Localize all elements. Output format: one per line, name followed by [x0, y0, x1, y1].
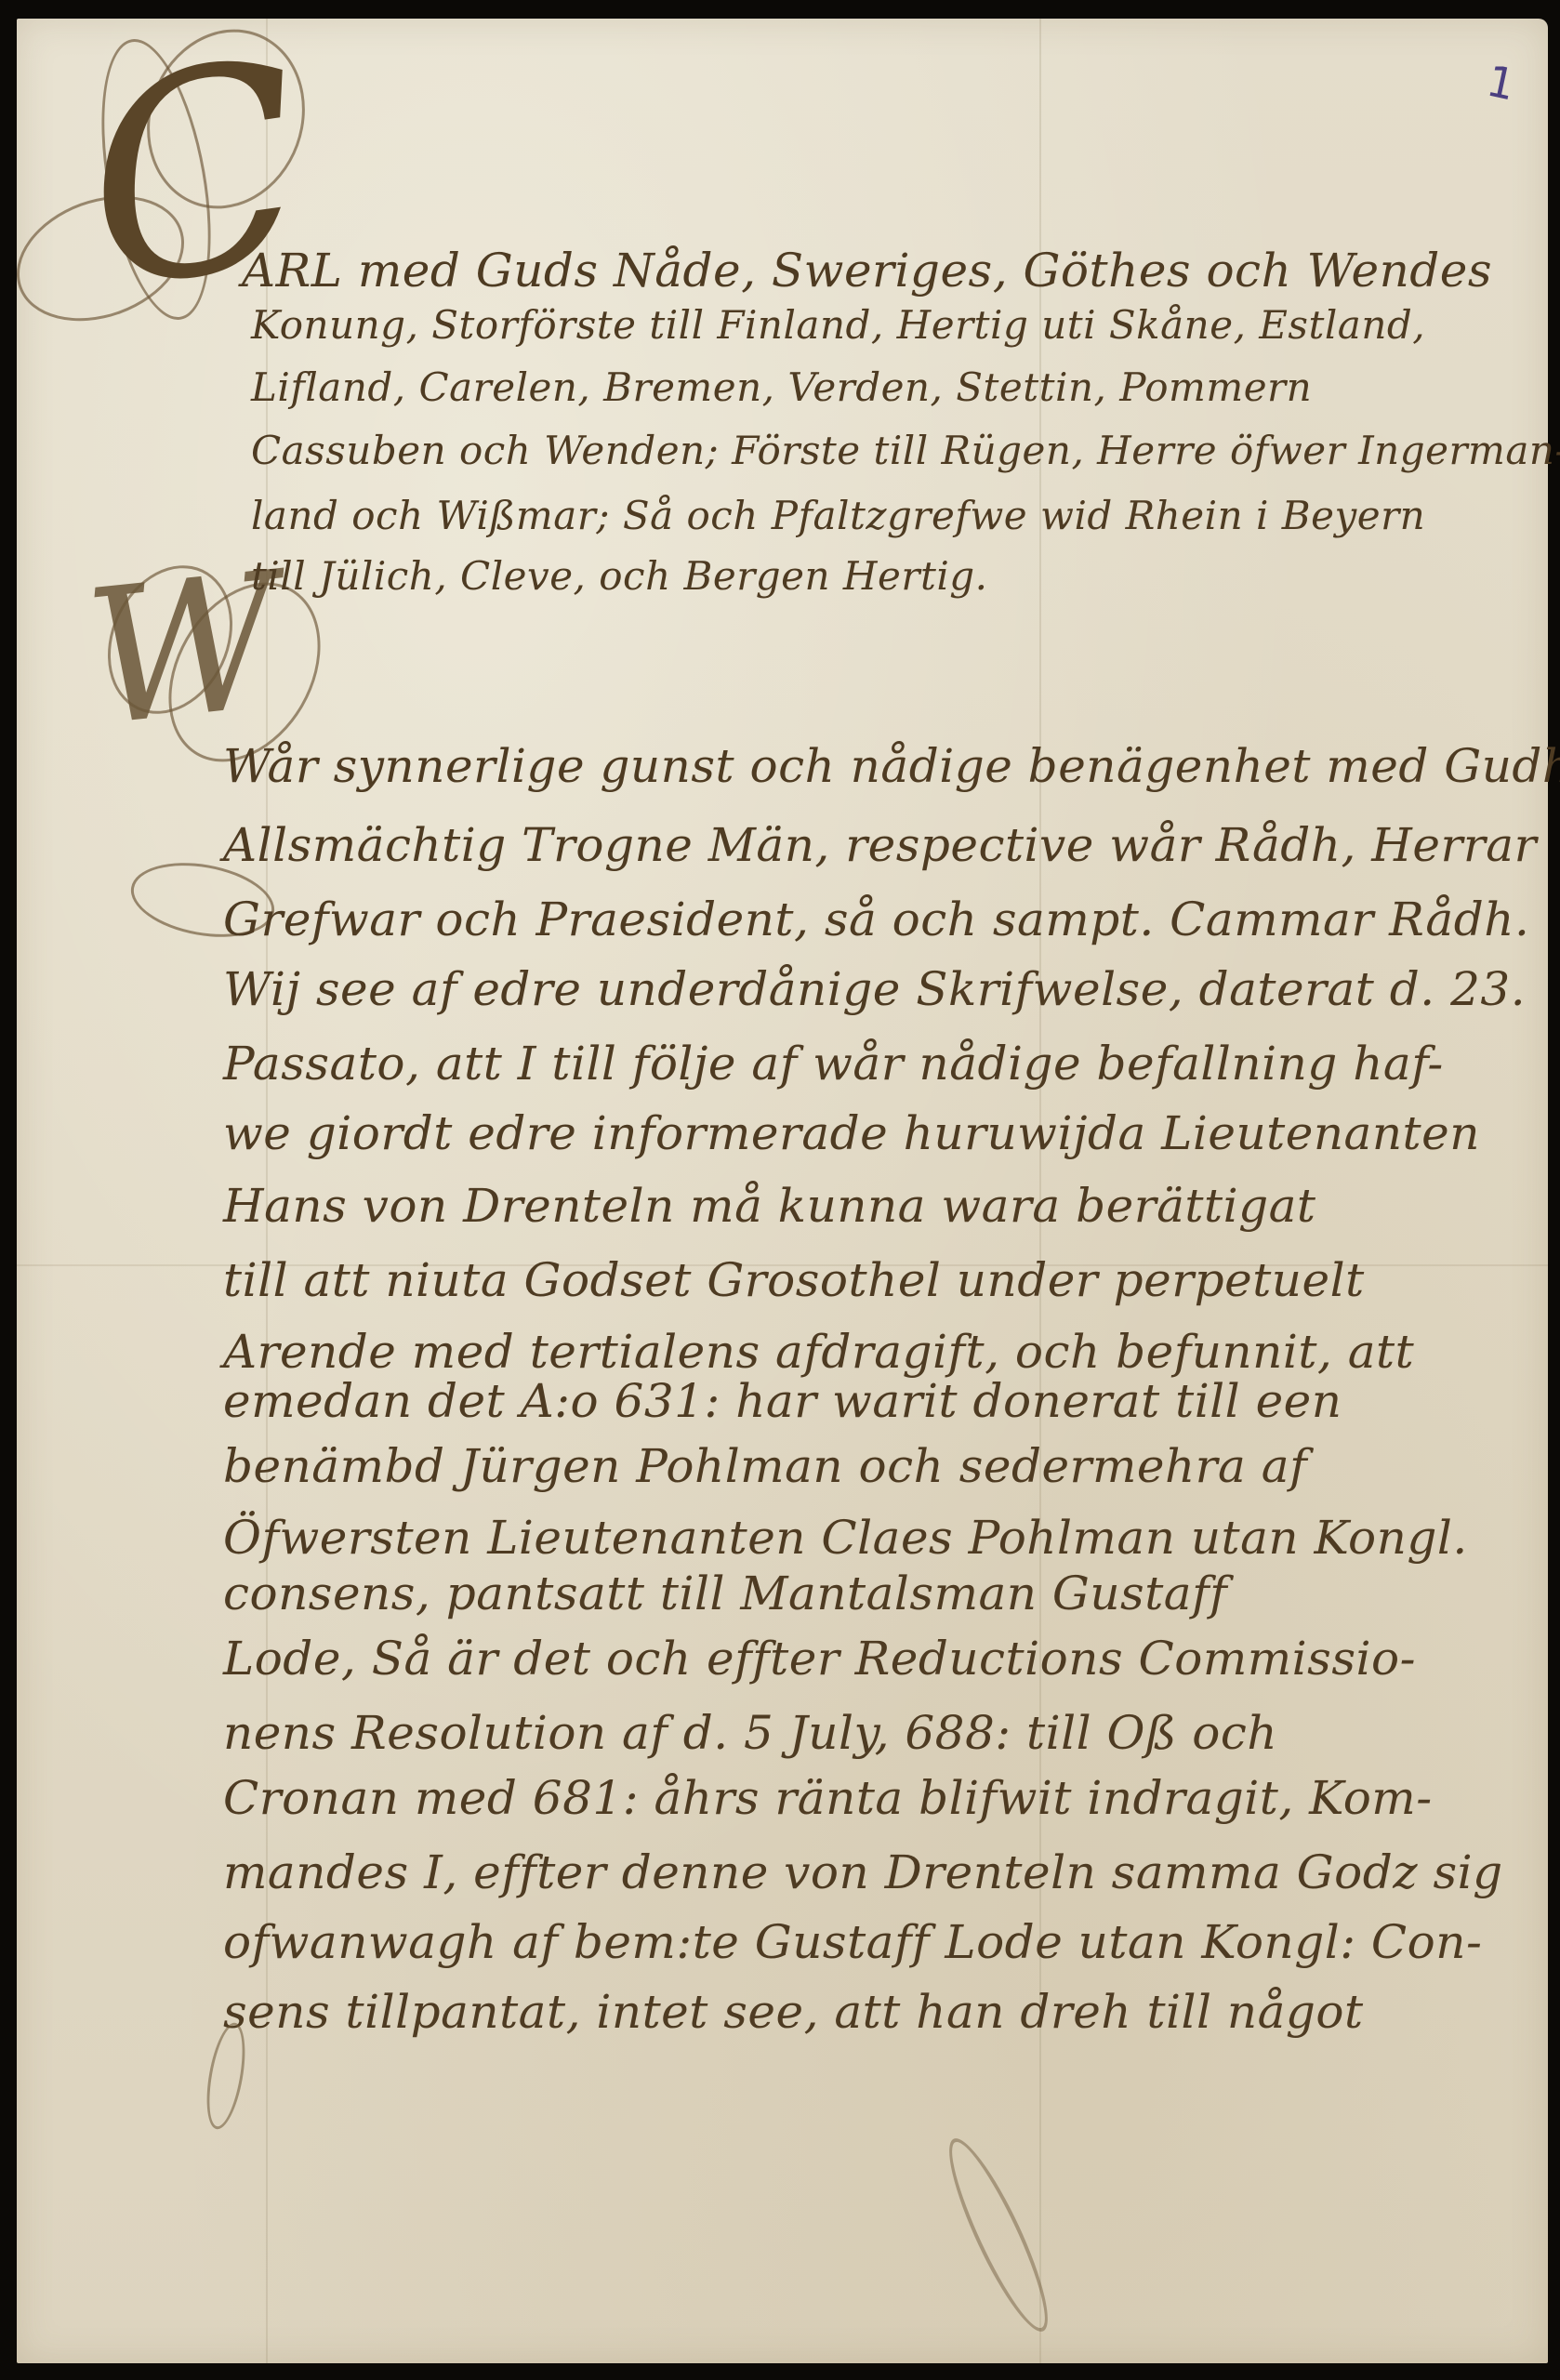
- title-line: Lifland, Carelen, Bremen, Verden, Stetti…: [251, 364, 1312, 410]
- title-line: land och Wißmar; Så och Pfaltzgrefwe wid…: [251, 493, 1425, 538]
- body-line: Wår synnerlige gunst och nådige benägenh…: [223, 739, 1560, 793]
- body-line: ofwanwagh af bem:te Gustaff Lode utan Ko…: [223, 1915, 1482, 1969]
- body-line: benämbd Jürgen Pohlman och sedermehra af: [223, 1439, 1307, 1493]
- body-line: Öfwersten Lieutenanten Claes Pohlman uta…: [223, 1511, 1468, 1565]
- body-line: mandes I, effter denne von Drenteln samm…: [223, 1845, 1503, 1899]
- body-line: Allsmächtig Trogne Män, respective wår R…: [223, 818, 1537, 872]
- body-line: Cronan med 681: åhrs ränta blifwit indra…: [223, 1771, 1433, 1825]
- body-line: emedan det A:o 631: har warit donerat ti…: [223, 1374, 1342, 1428]
- body-line: Grefwar och Praesident, så och sampt. Ca…: [223, 892, 1529, 946]
- body-line: Passato, att I till följe af wår nådige …: [223, 1037, 1444, 1091]
- title-line: till Jülich, Cleve, och Bergen Hertig.: [251, 553, 988, 599]
- body-line: till att niuta Godset Grosothel under pe…: [223, 1253, 1365, 1307]
- body-line: Arende med tertialens afdragift, och bef…: [223, 1325, 1414, 1379]
- title-line: Konung, Storförste till Finland, Hertig …: [251, 302, 1425, 348]
- body-line: nens Resolution af d. 5 July, 688: till …: [223, 1706, 1277, 1760]
- body-line: Hans von Drenteln må kunna wara berättig…: [223, 1179, 1316, 1233]
- body-line: sens tillpantat, intet see, att han dreh…: [223, 1985, 1364, 2039]
- body-line: Wij see af edre underdånige Skrifwelse, …: [223, 962, 1526, 1016]
- body-line: we giordt edre informerade huruwijda Lie…: [223, 1106, 1480, 1160]
- body-line: consens, pantsatt till Mantalsman Gustaf…: [223, 1567, 1227, 1620]
- title-line: ARL med Guds Nåde, Sweriges, Göthes och …: [242, 244, 1492, 297]
- title-line: Cassuben och Wenden; Förste till Rügen, …: [251, 428, 1560, 473]
- body-line: Lode, Så är det och effter Reductions Co…: [223, 1632, 1416, 1686]
